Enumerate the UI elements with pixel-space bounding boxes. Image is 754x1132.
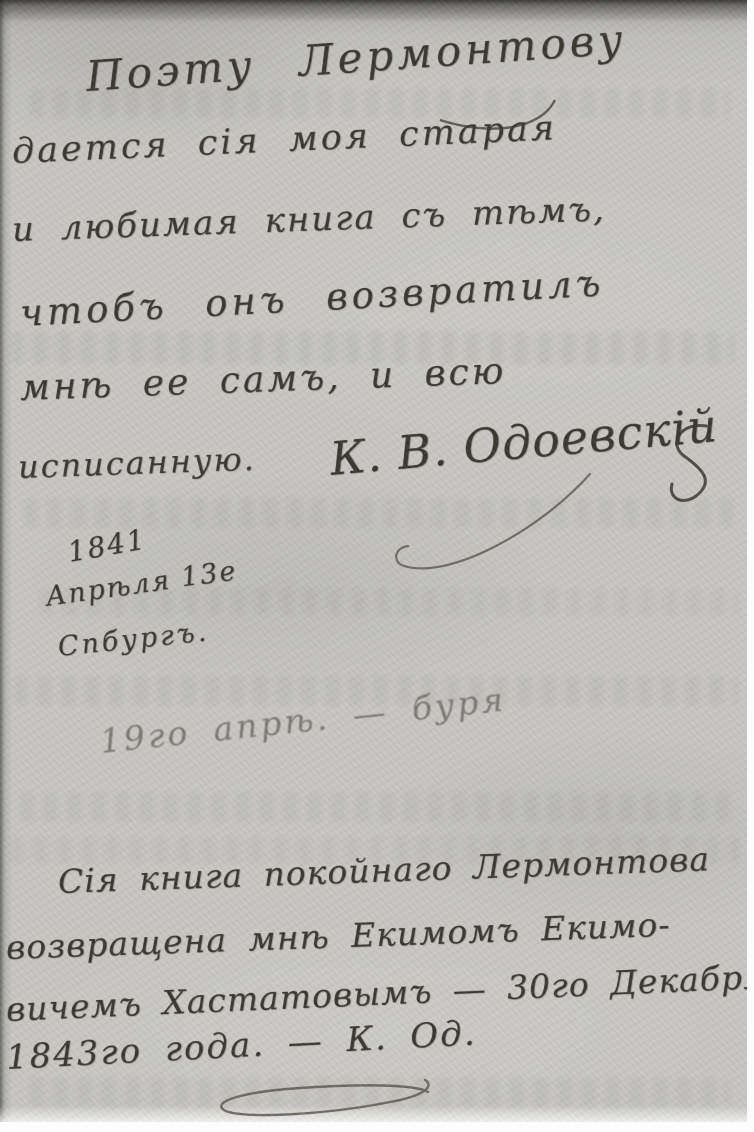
inscription-line-1: Поэту Лермонтову	[84, 14, 628, 101]
manuscript-photo: Поэту Лермонтову дается сія моя старая и…	[0, 0, 747, 1122]
inscription-line-2: дается сія моя старая	[11, 108, 558, 172]
photo-edge-top	[0, 0, 747, 22]
inscription-line-6: исписанную.	[17, 440, 256, 486]
inscription-line-4: чтобъ онъ возвратилъ	[19, 261, 605, 335]
inscription-line-3: и любимая книга съ тѣмъ,	[11, 189, 606, 250]
pencil-note: 19го апрѣ. — буря	[98, 679, 508, 760]
signature-descender-flourish	[390, 470, 610, 580]
return-note-line-1: Сія книга покойнаго Лермонтова	[57, 839, 710, 901]
print-showthrough-band	[20, 792, 736, 822]
print-showthrough-band	[30, 1078, 730, 1106]
print-showthrough-band	[24, 498, 734, 528]
date-place: Спбургъ.	[56, 616, 210, 663]
inscription-line-5: мнѣ ее самъ, и всю	[19, 351, 507, 409]
odoevsky-signature: К. В. Одоевскій	[328, 398, 720, 486]
date-year: 1841	[65, 522, 149, 568]
scanned-page: Поэту Лермонтову дается сія моя старая и…	[0, 0, 754, 1132]
photo-edge-bottom	[0, 1106, 747, 1122]
return-note-line-2: возвращена мнѣ Екимомъ Екимо-	[5, 905, 671, 967]
